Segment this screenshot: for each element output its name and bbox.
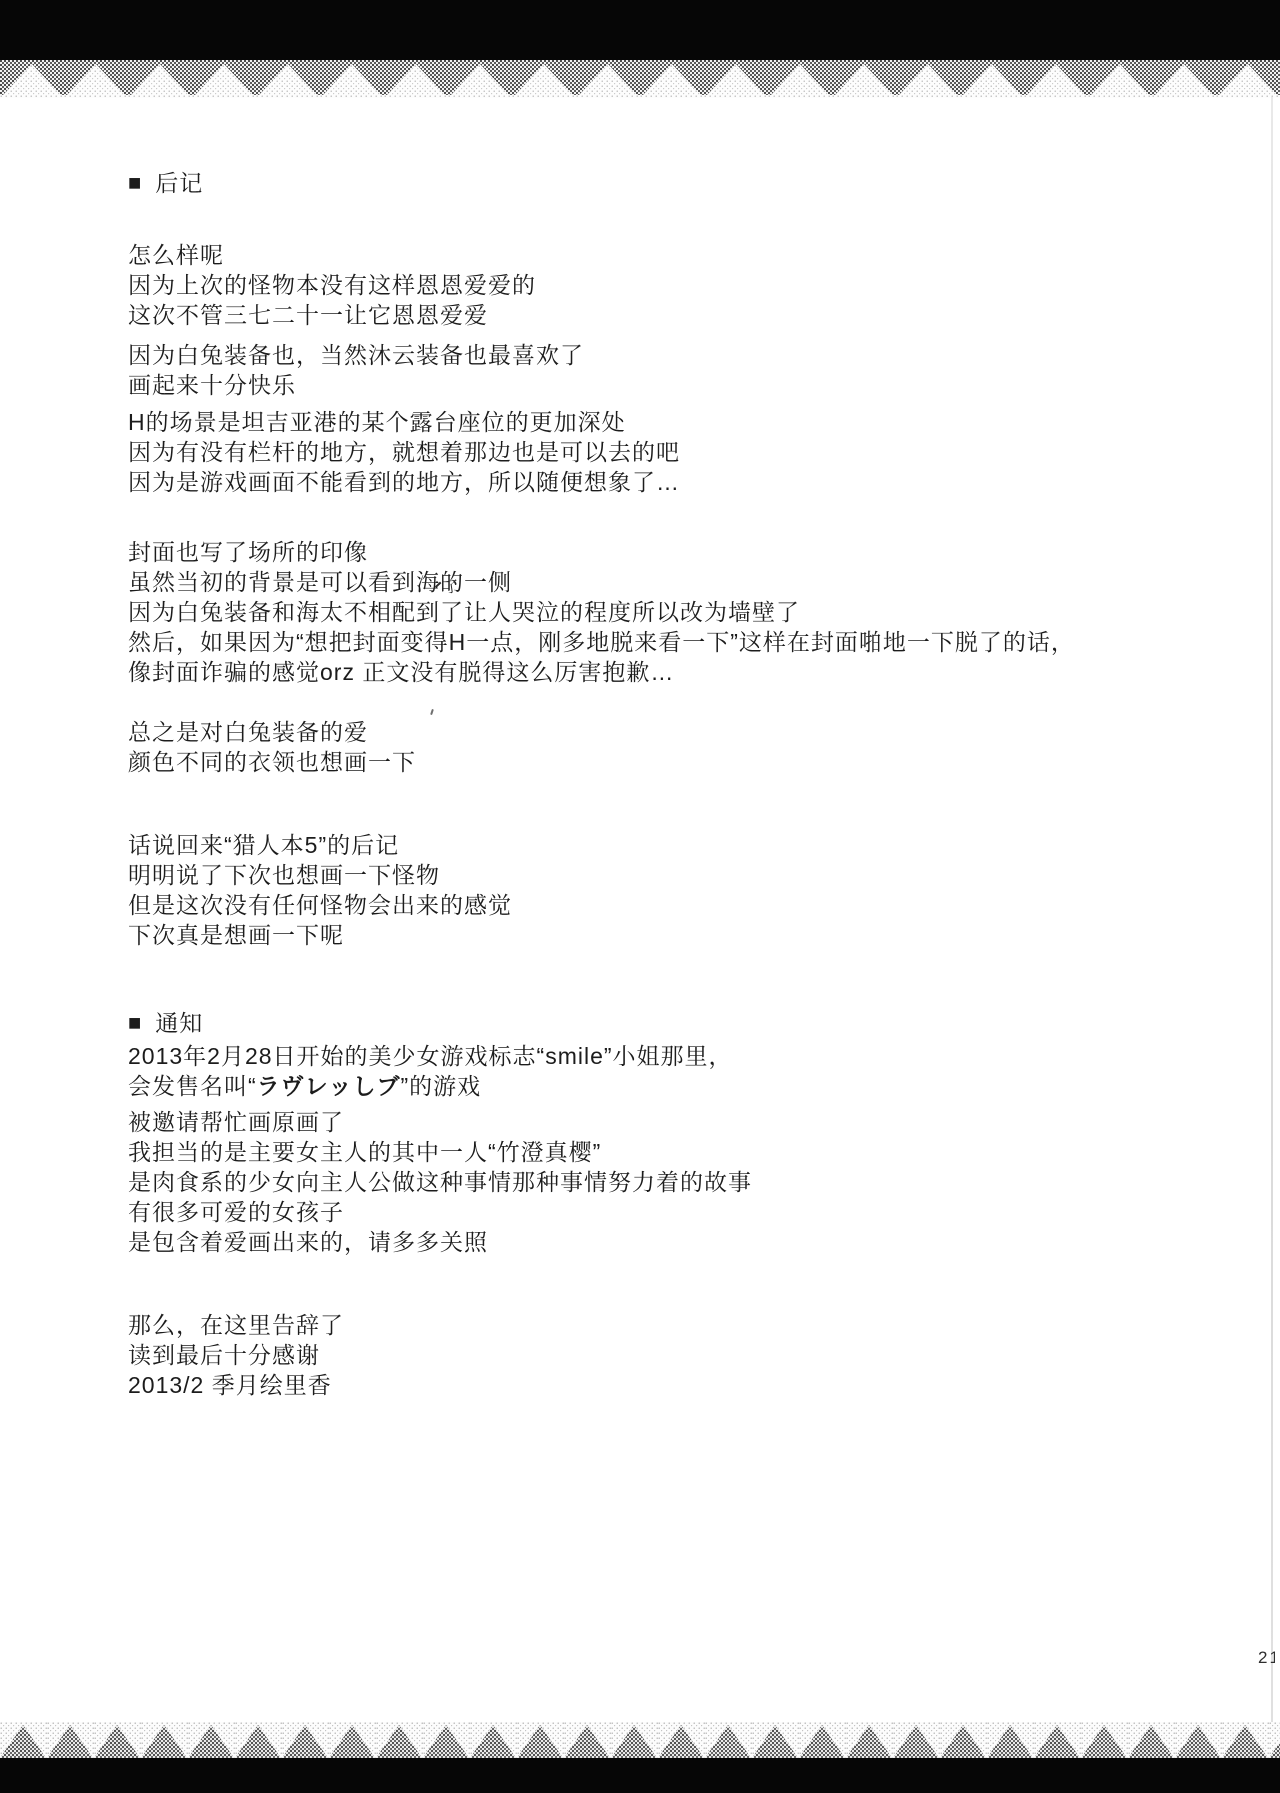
text-line: 像封面诈骗的感觉orz 正文没有脱得这么厉害抱歉… [128, 657, 1188, 687]
zigzag-border-top [0, 60, 1280, 98]
afterword-paragraph: 怎么样呢因为上次的怪物本没有这样恩恩爱爱的这次不管三七二十一让它恩恩爱爱 [128, 240, 1188, 330]
text-line: 这次不管三七二十一让它恩恩爱爱 [128, 300, 1188, 330]
text-line: 我担当的是主要女主人的其中一人“竹澄真樱” [128, 1137, 1188, 1167]
text-line: 因为白兔装备和海太不相配到了让人哭泣的程度所以改为墙壁了 [128, 597, 1188, 627]
afterword-paragraph: 总之是对白兔装备的爱颜色不同的衣领也想画一下 [128, 717, 1188, 777]
text-line: 总之是对白兔装备的爱 [128, 717, 1188, 747]
handwritten-insertion-mark: 了 [443, 579, 460, 596]
afterword-title: 后记 [155, 168, 203, 198]
text-line: 然后，如果因为“想把封面变得H一点，刚多地脱来看一下”这样在封面啪地一下脱了的话… [128, 627, 1188, 657]
notice-header: ■ 通知 [128, 1008, 1188, 1038]
text-line: 因为是游戏画面不能看到的地方，所以随便想象了… [128, 467, 1188, 497]
text-line: 因为有没有栏杆的地方，就想着那边也是可以去的吧 [128, 437, 1188, 467]
notice-title: 通知 [155, 1008, 203, 1038]
release-line: 会发售名叫“ラヴレッしブ”的游戏 [128, 1071, 1188, 1101]
afterword-paragraph: H的场景是坦吉亚港的某个露台座位的更加深处因为有没有栏杆的地方，就想着那边也是可… [128, 407, 1188, 497]
zigzag-border-bottom [0, 1722, 1280, 1758]
text-line: 怎么样呢 [128, 240, 1188, 270]
text-line: 封面也写了场所的印像 [128, 537, 1188, 567]
notice-intro: 2013年2月28日开始的美少女游戏标志“smile”小姐那里， 会发售名叫“ラ… [128, 1041, 1188, 1101]
page-content: ■ 后记 怎么样呢因为上次的怪物本没有这样恩恩爱爱的这次不管三七二十一让它恩恩爱… [128, 97, 1188, 1400]
text-line: 颜色不同的衣领也想画一下 [128, 747, 1188, 777]
afterword-paragraph: 封面也写了场所的印像虽然当初的背景是可以看到海的一侧因为白兔装备和海太不相配到了… [128, 537, 1188, 687]
text-line: 2013年2月28日开始的美少女游戏标志“smile”小姐那里， [128, 1041, 1188, 1071]
release-prefix: 会发售名叫“ [128, 1073, 257, 1099]
text-line: 但是这次没有任何怪物会出来的感觉 [128, 890, 1188, 920]
notice-body: 被邀请帮忙画原画了我担当的是主要女主人的其中一人“竹澄真樱”是肉食系的少女向主人… [128, 1107, 1188, 1257]
afterword-paragraph: 话说回来“猎人本5”的后记明明说了下次也想画一下怪物但是这次没有任何怪物会出来的… [128, 830, 1188, 950]
text-line: 画起来十分快乐 [128, 370, 1188, 400]
text-line: 2013/2 季月绘里香 [128, 1370, 1188, 1400]
text-line: 下次真是想画一下呢 [128, 920, 1188, 950]
text-line: 因为白兔装备也，当然沐云装备也最喜欢了 [128, 340, 1188, 370]
text-line: 被邀请帮忙画原画了 [128, 1107, 1188, 1137]
text-line: 是肉食系的少女向主人公做这种事情那种事情努力着的故事 [128, 1167, 1188, 1197]
text-line: 明明说了下次也想画一下怪物 [128, 860, 1188, 890]
text-line: 话说回来“猎人本5”的后记 [128, 830, 1188, 860]
text-line: 那么，在这里告辞了 [128, 1310, 1188, 1340]
text-line: 读到最后十分感谢 [128, 1340, 1188, 1370]
text-line: H的场景是坦吉亚港的某个露台座位的更加深处 [128, 407, 1188, 437]
afterword-paragraph: 因为白兔装备也，当然沐云装备也最喜欢了画起来十分快乐 [128, 340, 1188, 400]
square-bullet-icon: ■ [128, 168, 142, 198]
scanned-afterword-page: ■ 后记 怎么样呢因为上次的怪物本没有这样恩恩爱爱的这次不管三七二十一让它恩恩爱… [0, 0, 1280, 1793]
afterword-header: ■ 后记 [128, 168, 1188, 198]
text-line: 因为上次的怪物本没有这样恩恩爱爱的 [128, 270, 1188, 300]
bottom-black-border [0, 1758, 1280, 1793]
text-line: 是包含着爱画出来的，请多多关照 [128, 1227, 1188, 1257]
page-number: 21 [1258, 1648, 1275, 1668]
square-bullet-icon: ■ [128, 1008, 142, 1038]
text-line: 虽然当初的背景是可以看到海的一侧 [128, 567, 1188, 597]
top-black-border [0, 0, 1280, 60]
text-line: 有很多可爱的女孩子 [128, 1197, 1188, 1227]
closing-paragraph: 那么，在这里告辞了读到最后十分感谢2013/2 季月绘里香 [128, 1310, 1188, 1400]
scan-edge-line [1271, 97, 1273, 1722]
game-name: ラヴレッしブ [257, 1073, 401, 1099]
release-suffix: ”的游戏 [400, 1073, 481, 1099]
